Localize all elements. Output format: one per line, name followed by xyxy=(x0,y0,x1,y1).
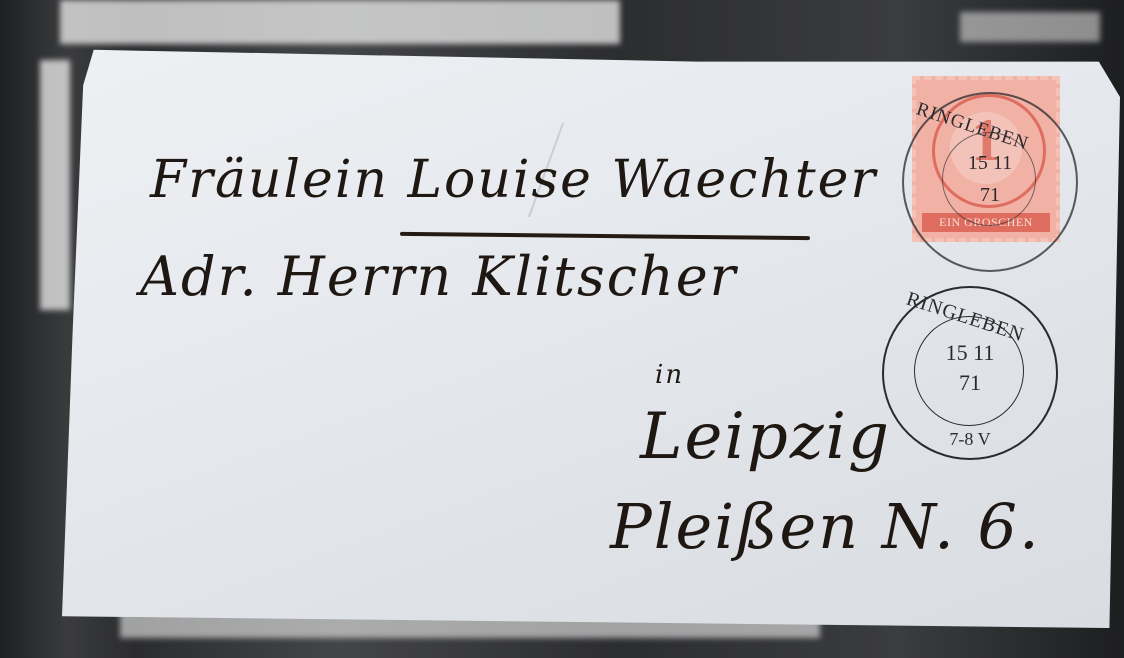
address-preposition: in xyxy=(655,360,684,390)
postmark-time: 7-8 V xyxy=(884,429,1056,450)
postmark-year: 71 xyxy=(884,370,1056,396)
address-care-of: Adr. Herrn Klitscher xyxy=(140,245,737,308)
address-city: Leipzig xyxy=(640,400,891,474)
plastic-sleeve-glare xyxy=(60,0,620,44)
postmark-date: 15 11 xyxy=(904,152,1076,175)
address-recipient: Fräulein Louise Waechter xyxy=(150,150,877,210)
address-street: Pleißen N. 6. xyxy=(610,490,1041,563)
postmark-on-stamp: RINGLEBEN 15 11 71 xyxy=(902,92,1078,272)
plastic-sleeve-glare xyxy=(960,12,1100,42)
postmark-cancel: RINGLEBEN 15 11 71 7-8 V xyxy=(882,286,1058,460)
postmark-date: 15 11 xyxy=(884,340,1056,366)
postmark-year: 71 xyxy=(904,184,1076,207)
plastic-sleeve-glare xyxy=(40,60,70,310)
